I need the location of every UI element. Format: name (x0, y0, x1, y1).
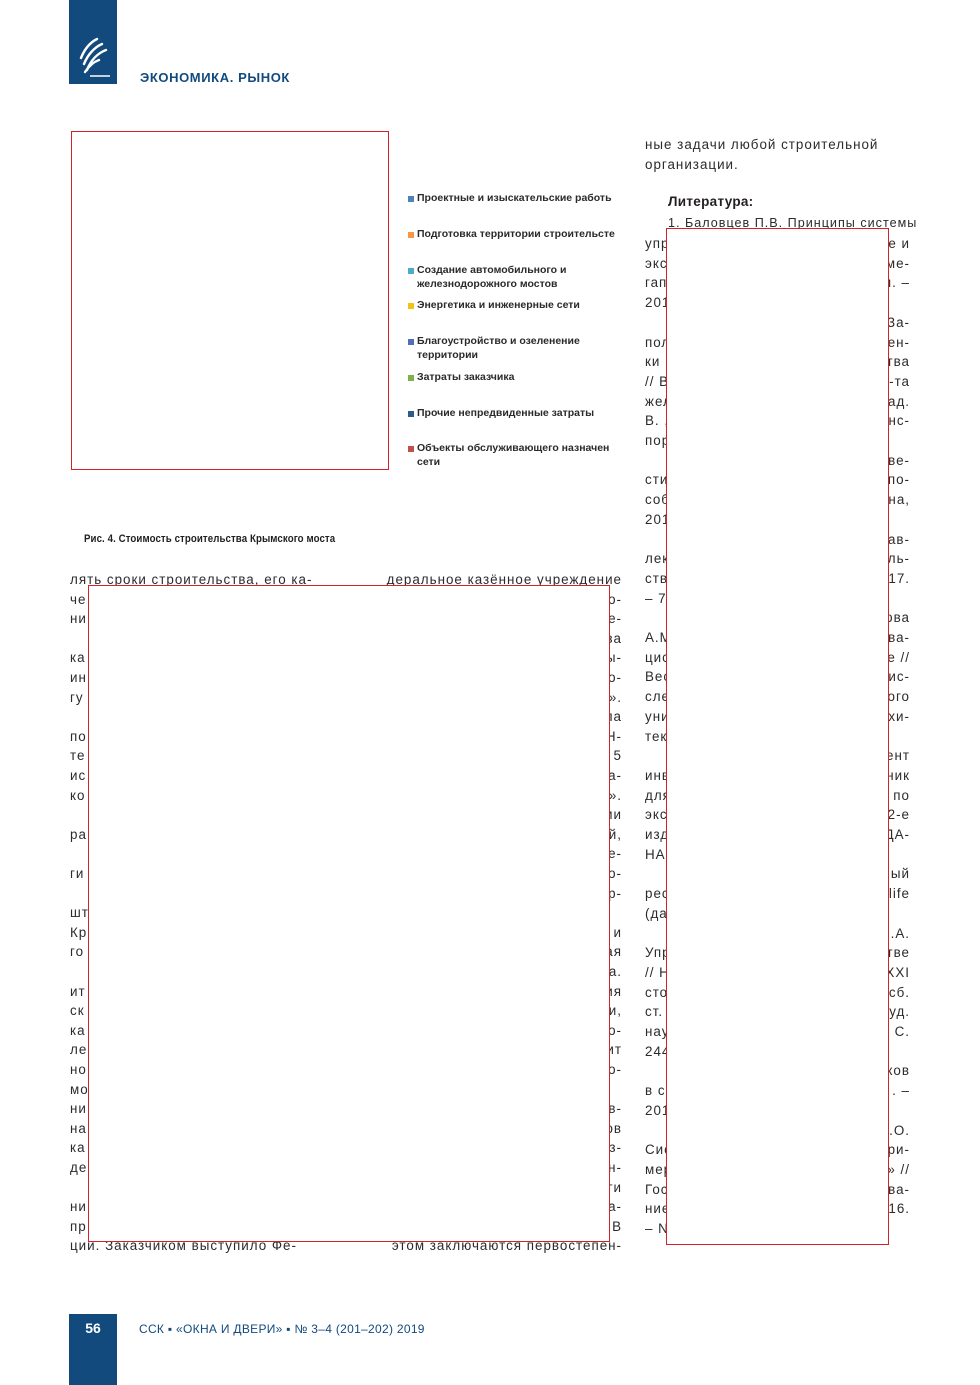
text-line: в с (645, 1081, 666, 1101)
text-line: сти (645, 470, 668, 490)
text-line: ен- (888, 333, 910, 353)
text-line: о- (608, 668, 622, 688)
text-line: Кр (70, 923, 87, 943)
text-line: ого (888, 687, 910, 707)
text-line: ль- (888, 549, 910, 569)
legend-label: Затраты заказчика (417, 371, 514, 385)
text-line: ник (886, 766, 910, 786)
text-line: Гос (645, 1180, 669, 1200)
legend-item: Прочие непредвиденные затраты (408, 407, 594, 421)
text-line: ни (70, 1099, 87, 1119)
text-line: ги (70, 864, 84, 884)
text-line: ». (609, 786, 622, 806)
legend-item: Создание автомобильного ижелезнодорожног… (408, 264, 566, 291)
text-line: ст. (645, 1002, 663, 1022)
text-line: (да (645, 904, 668, 924)
text-line: е- (608, 844, 622, 864)
text-line: ит (70, 982, 86, 1002)
literature-heading: Литература: (668, 194, 753, 209)
text-line: . – (892, 1081, 910, 1101)
text-line: 5 (614, 746, 622, 766)
text-line: а. (609, 962, 622, 982)
text-line: тек (645, 727, 667, 747)
text-line: по- (888, 470, 910, 490)
legend-label: Прочие непредвиденные затраты (417, 407, 594, 421)
text-line: ый (891, 864, 910, 884)
text-line: и, (609, 1001, 622, 1021)
text-line: – 7 (645, 589, 667, 609)
text-line: ка (70, 1021, 86, 1041)
text-line: ав- (888, 530, 910, 550)
text-line: 2-е (888, 805, 910, 825)
text-line: е и (888, 234, 910, 254)
legend-swatch (408, 446, 414, 452)
text-line: НА (645, 845, 666, 865)
text-line: XXI (885, 963, 910, 983)
text-line: .О. (889, 1121, 910, 1141)
text-line: 16. (888, 1199, 910, 1219)
text-line: ент (886, 746, 910, 766)
text-line: о- (608, 1060, 622, 1080)
legend-swatch (408, 339, 414, 345)
text-line: о- (608, 1021, 622, 1041)
text-line: ва- (888, 1180, 910, 1200)
text-line: ск (70, 1001, 85, 1021)
text-line: ис- (888, 667, 910, 687)
text-line: мо (70, 1080, 89, 1100)
legend-swatch (408, 303, 414, 309)
text-line: ме- (886, 254, 910, 274)
text-line: на (70, 1119, 87, 1139)
text-line: тва (886, 352, 910, 372)
text-line: ра (70, 825, 87, 845)
legend-label: Проектные и изыскательские работь (417, 192, 612, 206)
text-line: й, (609, 825, 622, 845)
text-line: го (70, 942, 84, 962)
redacted-chart-region (71, 131, 389, 470)
text-line: хи- (888, 707, 910, 727)
text-line: ад. (888, 392, 910, 412)
text-line: сб. (889, 983, 910, 1003)
legend-swatch (408, 232, 414, 238)
text-line: гу (70, 688, 84, 708)
legend-label: Подготовка территории строительсте (417, 228, 615, 242)
text-line: тве (886, 943, 910, 963)
legend-swatch (408, 375, 414, 381)
text-line: ва- (888, 628, 910, 648)
text-line: р- (608, 884, 622, 904)
legend-item: Затраты заказчика (408, 371, 514, 385)
text-line: по (70, 727, 87, 747)
text-line: че (70, 590, 86, 610)
text-line: но (70, 1060, 87, 1080)
text-line: на, (888, 490, 910, 510)
text-line: ве- (888, 451, 910, 471)
figure-caption: Рис. 4. Стоимость строительства Крымског… (84, 533, 335, 545)
legend-label: Энергетика и инженерные сети (417, 299, 580, 313)
text-line: ств (645, 569, 668, 589)
legend-swatch (408, 268, 414, 274)
text-line: ные задачи любой строительной (645, 135, 878, 155)
legend-item: Проектные и изыскательские работь (408, 192, 612, 206)
legend-label: Создание автомобильного ижелезнодорожног… (417, 264, 566, 291)
legend-item: Энергетика и инженерные сети (408, 299, 580, 313)
text-line: ». (609, 688, 622, 708)
text-line: ка (70, 648, 86, 668)
text-line: -та (889, 372, 910, 392)
text-line: пр (70, 1217, 87, 1237)
text-line: по (893, 786, 910, 806)
publisher-logo-icon (75, 34, 113, 80)
text-line: экс (645, 805, 668, 825)
text-line: де (70, 1158, 87, 1178)
text-line: ки (645, 352, 660, 372)
text-line: ис (70, 766, 86, 786)
text-line: ри- (888, 1140, 910, 1160)
text-line: а- (608, 766, 622, 786)
redacted-body-region (88, 585, 610, 1242)
text-line: организации. (645, 155, 739, 175)
legend-swatch (408, 196, 414, 202)
text-line: С. (895, 1022, 910, 1042)
legend-label: Благоустройство и озеленениетерритории (417, 335, 580, 362)
text-line: .А. (891, 924, 910, 944)
text-line: уд. (889, 1002, 910, 1022)
section-title: ЭКОНОМИКА. РЫНОК (140, 70, 290, 85)
redacted-references-region (666, 228, 889, 1245)
text-line: в- (608, 1099, 622, 1119)
text-line: ко (70, 786, 85, 806)
text-line: life (889, 884, 910, 904)
text-line: ле (70, 1040, 87, 1060)
text-line: н- (608, 1158, 622, 1178)
legend-item: Объекты обслуживающего назначенсети (408, 442, 609, 469)
text-line: нс- (888, 411, 910, 431)
text-line: ка (70, 1138, 86, 1158)
text-line: те (70, 746, 85, 766)
text-line: » // (887, 1160, 910, 1180)
legend-label: Объекты обслуживающего назначенсети (417, 442, 609, 469)
text-line: е // (887, 648, 910, 668)
legend-item: Благоустройство и озеленениетерритории (408, 335, 580, 362)
text-line: о- (608, 590, 622, 610)
text-line: ков (886, 1061, 910, 1081)
text-line: ин (70, 668, 87, 688)
text-line: ни (70, 609, 87, 629)
text-line: з- (609, 1138, 622, 1158)
legend-item: Подготовка территории строительсте (408, 228, 615, 242)
page-number: 56 (69, 1320, 117, 1336)
text-line: е- (608, 609, 622, 629)
text-line: За- (887, 313, 910, 333)
text-line: 17. (888, 569, 910, 589)
text-line: сто (645, 983, 668, 1003)
chart-legend: Проектные и изыскательские работьПодгото… (408, 192, 622, 482)
journal-footer: ССК ▪ «ОКНА И ДВЕРИ» ▪ № 3–4 (201–202) 2… (139, 1322, 425, 1336)
text-line: В (612, 1217, 622, 1237)
text-line: ни (70, 1197, 87, 1217)
text-line: экс (645, 254, 668, 274)
text-line: о- (608, 864, 622, 884)
legend-swatch (408, 411, 414, 417)
text-line: шт (70, 903, 89, 923)
text-line: а- (608, 1197, 622, 1217)
text-line: и (614, 923, 622, 943)
text-line: гап (645, 273, 667, 293)
